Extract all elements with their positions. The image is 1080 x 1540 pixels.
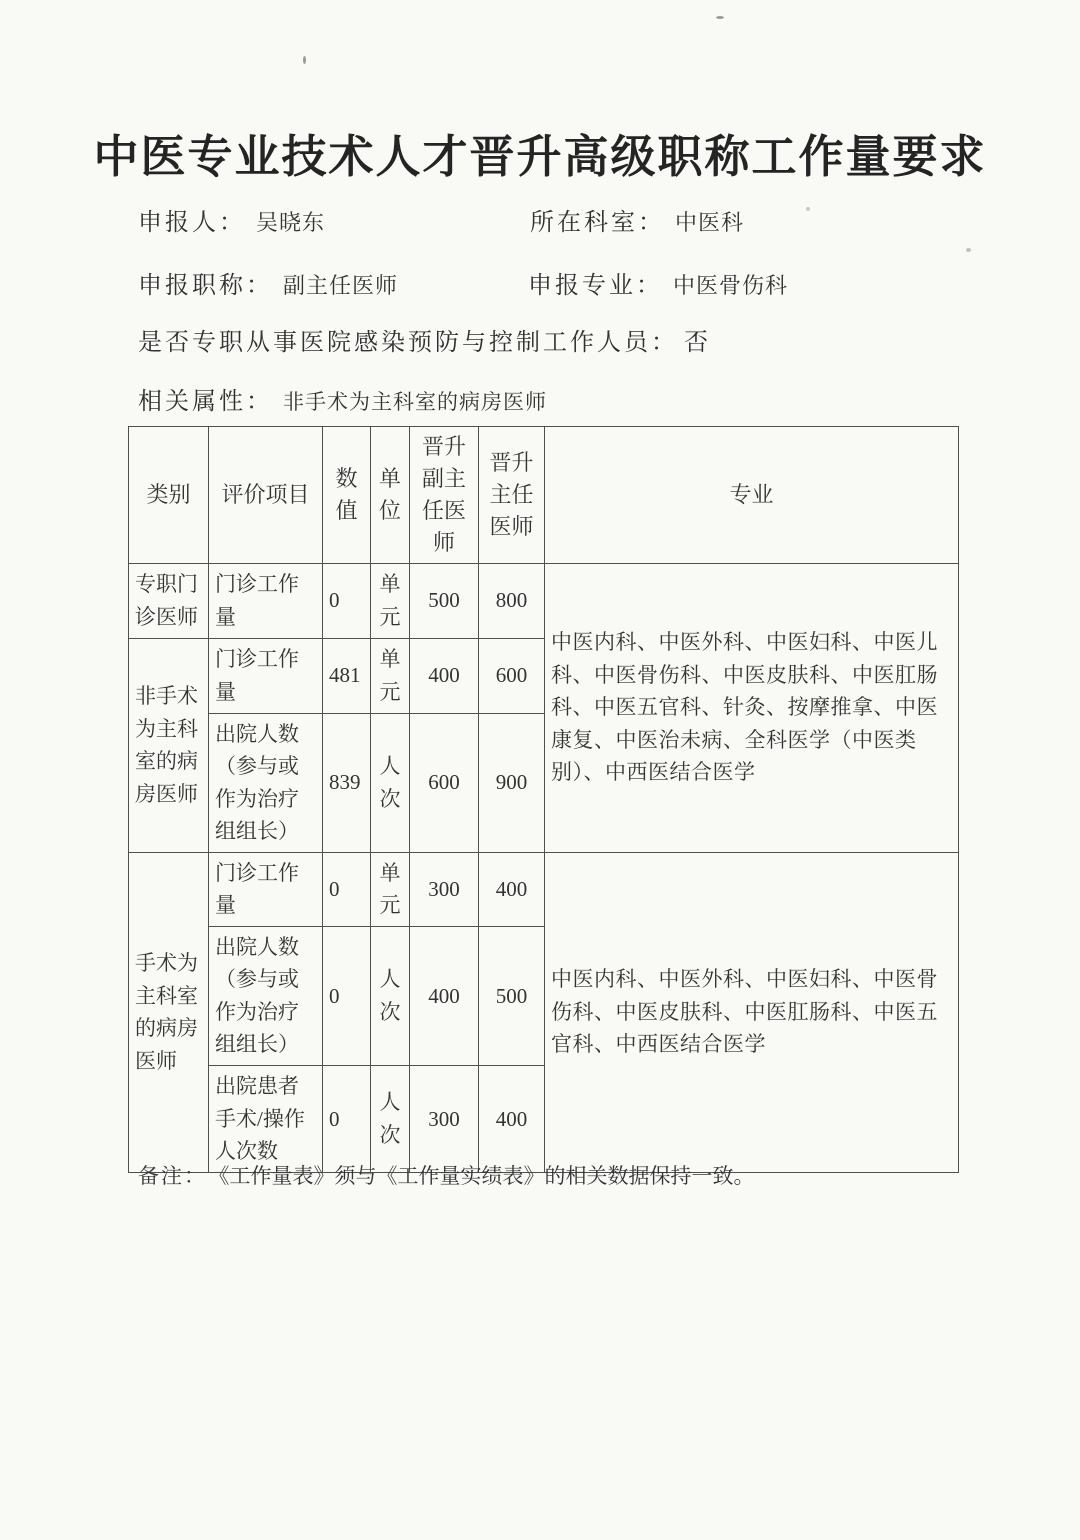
cell-value: 481 <box>323 638 371 713</box>
cell-item: 门诊工作量 <box>209 638 323 713</box>
applicant-label: 申报人： <box>138 210 246 236</box>
cell-unit: 人次 <box>371 1066 410 1173</box>
cell-item: 出院人数（参与或作为治疗组组长） <box>209 713 323 852</box>
cell-chief-req: 800 <box>479 563 545 638</box>
apply-specialty-label: 申报专业： <box>528 273 663 299</box>
cell-value: 0 <box>323 852 371 926</box>
cell-deputy-req: 300 <box>410 852 479 926</box>
cell-chief-req: 400 <box>479 1066 545 1173</box>
cell-value: 0 <box>323 926 371 1065</box>
infection-label: 是否专职从事医院感染预防与控制工作人员： <box>138 330 678 356</box>
header-value: 数值 <box>323 427 371 564</box>
cell-unit: 单元 <box>371 852 410 926</box>
department-label: 所在科室： <box>530 210 665 236</box>
table-header-row: 类别 评价项目 数值 单位 晋升副主任医师 晋升主任医师 专业 <box>129 427 959 564</box>
header-unit: 单位 <box>371 427 410 564</box>
cell-specialty-top-group: 中医内科、中医外科、中医妇科、中医儿科、中医骨伤科、中医皮肤科、中医肛肠科、中医… <box>545 563 959 852</box>
cell-item: 门诊工作量 <box>209 852 323 926</box>
field-apply-title: 申报职称：副主任医师 <box>138 265 398 300</box>
cell-category-surgical-ward: 手术为主科室的病房医师 <box>129 852 209 1172</box>
field-related-attribute: 相关属性：非手术为主科室的病房医师 <box>138 381 547 416</box>
cell-deputy-req: 600 <box>410 713 479 852</box>
cell-unit: 人次 <box>371 713 410 852</box>
scan-speck <box>716 16 724 19</box>
scan-speck <box>806 207 810 211</box>
cell-deputy-req: 400 <box>410 926 479 1065</box>
department-value: 中医科 <box>675 210 744 235</box>
cell-unit: 单元 <box>371 638 410 713</box>
applicant-value: 吴晓东 <box>256 210 325 235</box>
cell-value: 0 <box>323 563 371 638</box>
table-row: 专职门诊医师 门诊工作量 0 单元 500 800 中医内科、中医外科、中医妇科… <box>129 563 959 638</box>
scanned-document-page: 中医专业技术人才晋升高级职称工作量要求 申报人：吴晓东 所在科室：中医科 申报职… <box>0 0 1080 1540</box>
cell-value: 839 <box>323 713 371 852</box>
field-apply-specialty: 申报专业：中医骨伤科 <box>528 265 788 300</box>
footnote: 备注：《工作量表》须与《工作量实绩表》的相关数据保持一致。 <box>138 1160 755 1190</box>
cell-item: 出院人数（参与或作为治疗组组长） <box>209 926 323 1065</box>
cell-chief-req: 600 <box>479 638 545 713</box>
header-category: 类别 <box>129 427 209 564</box>
workload-table: 类别 评价项目 数值 单位 晋升副主任医师 晋升主任医师 专业 专职门诊医师 门… <box>128 426 959 1173</box>
header-item: 评价项目 <box>209 427 323 564</box>
scan-speck <box>303 56 306 64</box>
cell-chief-req: 500 <box>479 926 545 1065</box>
cell-category-outpatient: 专职门诊医师 <box>129 563 209 638</box>
cell-category-nonsurgical-ward: 非手术为主科室的病房医师 <box>129 638 209 852</box>
infection-value: 否 <box>684 330 711 356</box>
header-deputy-chief-physician: 晋升副主任医师 <box>410 427 479 564</box>
table-row: 手术为主科室的病房医师 门诊工作量 0 单元 300 400 中医内科、中医外科… <box>129 852 959 926</box>
field-infection-control: 是否专职从事医院感染预防与控制工作人员：否 <box>138 322 711 357</box>
cell-specialty-bottom-group: 中医内科、中医外科、中医妇科、中医骨伤科、中医皮肤科、中医肛肠科、中医五官科、中… <box>545 852 959 1172</box>
field-department: 所在科室：中医科 <box>530 202 744 237</box>
header-chief-physician: 晋升主任医师 <box>479 427 545 564</box>
apply-title-label: 申报职称： <box>138 273 273 299</box>
cell-item: 出院患者手术/操作人次数 <box>209 1066 323 1173</box>
header-specialty: 专业 <box>545 427 959 564</box>
cell-deputy-req: 400 <box>410 638 479 713</box>
apply-title-value: 副主任医师 <box>283 273 398 298</box>
cell-item: 门诊工作量 <box>209 563 323 638</box>
apply-specialty-value: 中医骨伤科 <box>673 273 788 298</box>
attribute-label: 相关属性： <box>138 389 273 415</box>
attribute-value: 非手术为主科室的病房医师 <box>283 390 547 414</box>
cell-chief-req: 900 <box>479 713 545 852</box>
cell-value: 0 <box>323 1066 371 1173</box>
cell-deputy-req: 500 <box>410 563 479 638</box>
footnote-label: 备注： <box>138 1164 207 1188</box>
cell-unit: 人次 <box>371 926 410 1065</box>
footnote-text: 《工作量表》须与《工作量实绩表》的相关数据保持一致。 <box>219 1164 755 1188</box>
cell-deputy-req: 300 <box>410 1066 479 1173</box>
cell-unit: 单元 <box>371 563 410 638</box>
field-applicant: 申报人：吴晓东 <box>138 202 325 237</box>
cell-chief-req: 400 <box>479 852 545 926</box>
page-title: 中医专业技术人才晋升高级职称工作量要求 <box>0 120 1080 185</box>
scan-speck <box>966 248 971 252</box>
